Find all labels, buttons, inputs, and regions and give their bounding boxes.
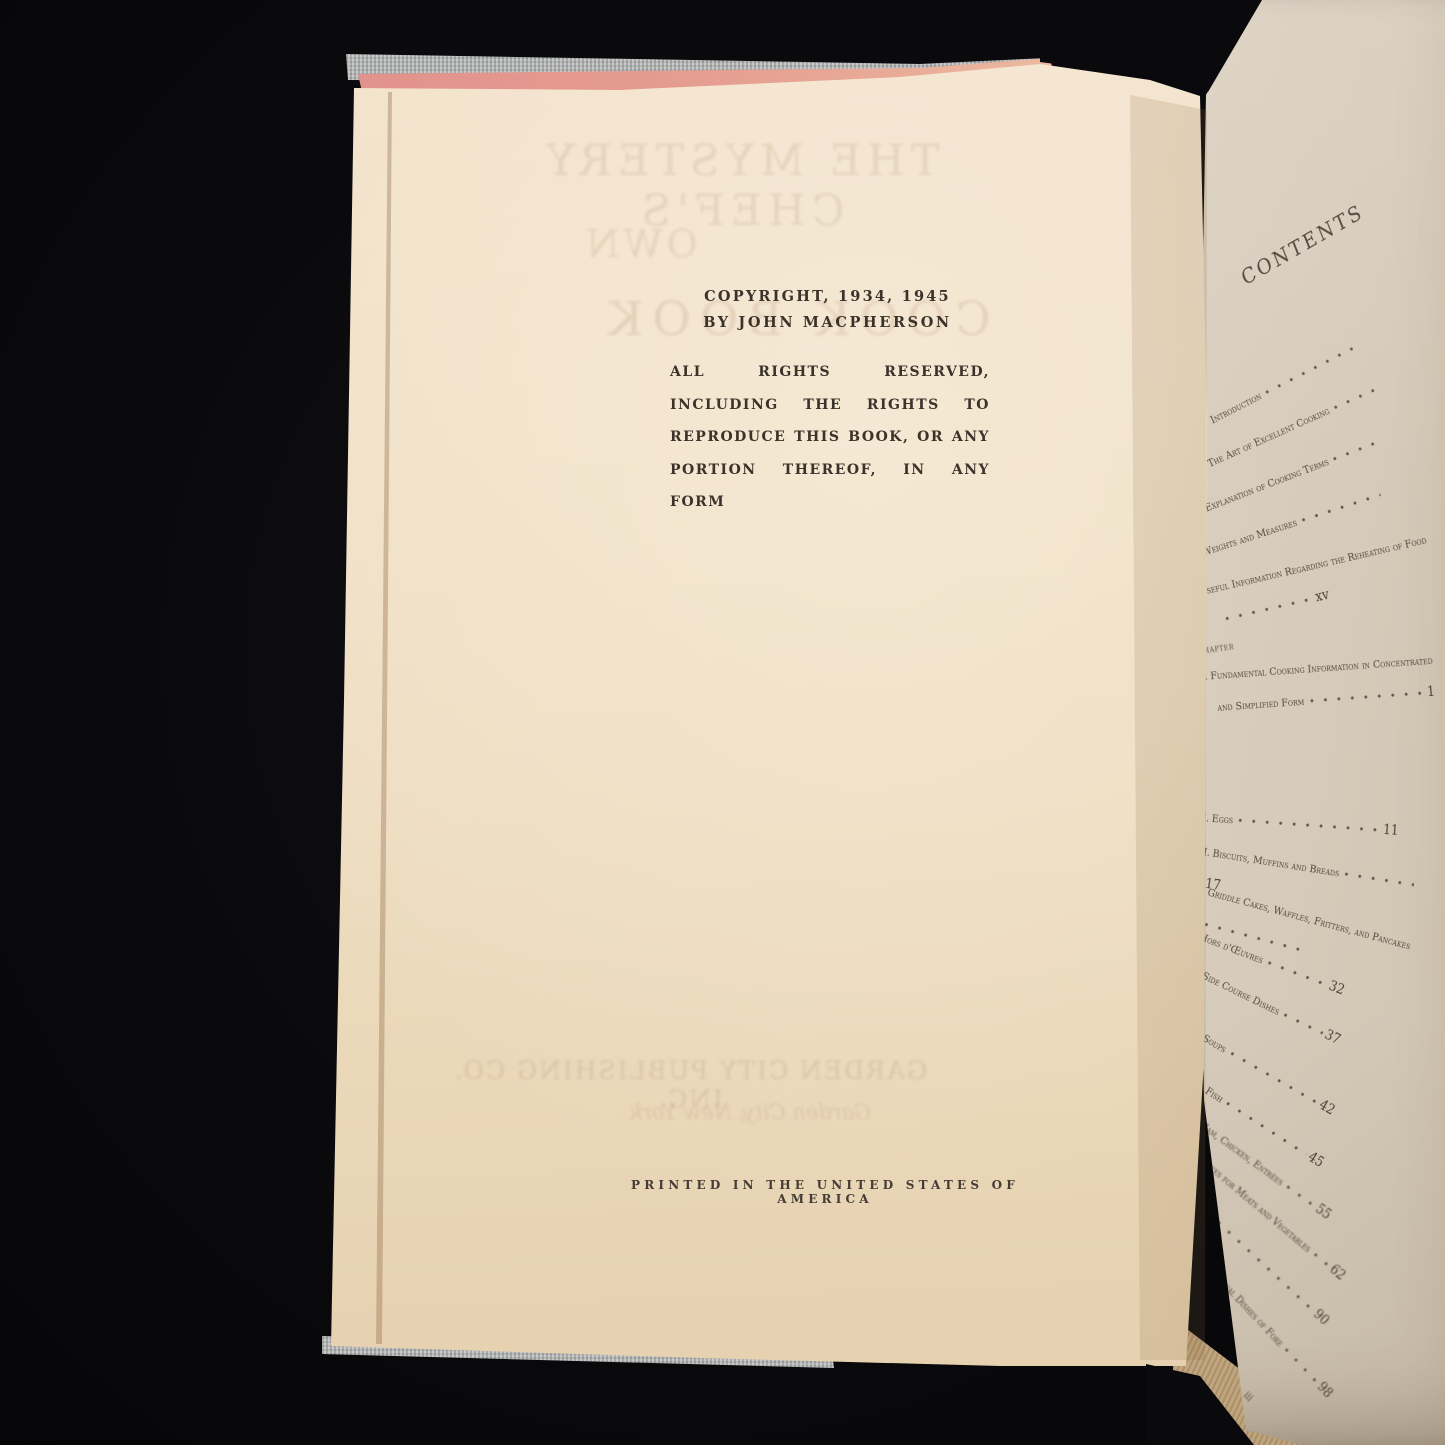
- dot-leader: [1225, 596, 1314, 621]
- rights-reserved-text: ALL RIGHTS RESERVED, INCLUDING THE RIGHT…: [670, 356, 990, 519]
- toc-entry-explanation-of-cooking-terms: Explanation of Cooking Terms: [1199, 411, 1422, 524]
- dot-leader: [1284, 1347, 1320, 1385]
- dot-leader: [1332, 440, 1377, 461]
- toc-entry-chapter-10: X.Sauces for Meats and Vegetables62: [1178, 1135, 1373, 1307]
- ghost-title-line2: OWN: [560, 222, 720, 266]
- printed-in-usa-line: PRINTED IN THE UNITED STATES OF AMERICA: [600, 1178, 1050, 1206]
- dot-leader: [1344, 871, 1414, 887]
- toc-entry-chapter-2: II.Eggs11: [1198, 800, 1426, 850]
- ghost-title-line1: THE MYSTERY CHEF'S: [430, 136, 1050, 236]
- toc-entry-chapter-7: VII.Soups42: [1178, 1012, 1391, 1155]
- toc-entry-chapter-1: I.Fundamental Cooking Information in Con…: [1200, 647, 1441, 725]
- dot-leader: [1225, 1101, 1308, 1157]
- dot-leader: [1283, 1012, 1324, 1035]
- toc-entry-useful-information: Useful Information Regarding the Reheati…: [1196, 527, 1439, 639]
- toc-entry-chapter-5: V.Hors d'Œuvres32: [1184, 916, 1407, 1029]
- dot-leader: [1333, 387, 1378, 411]
- toc-entry-chapter-3: III.Biscuits, Muffins and Breads17: [1188, 838, 1421, 934]
- dot-leader: [1267, 960, 1328, 987]
- dot-leader: [1264, 341, 1362, 394]
- dot-leader: [1196, 1201, 1315, 1312]
- contents-heading: CONTENTS: [1238, 168, 1420, 290]
- contents-folio: iii: [1241, 1390, 1255, 1404]
- dot-leader: [1238, 818, 1380, 833]
- toc-entry-art-of-excellent-cooking: The Art of Excellent Cooking: [1201, 356, 1421, 479]
- ghost-publisher-line2: Garden City, New York: [590, 1100, 910, 1124]
- toc-entry-chapter-6: VI.Side Course Dishes37: [1181, 952, 1399, 1082]
- toc-entry-chapter-4: IV.Griddle Cakes, Waffles, Fritters, and…: [1181, 876, 1421, 995]
- dot-leader: [1229, 1050, 1319, 1105]
- toc-entry-introduction: Introduction: [1203, 302, 1420, 435]
- book-photo: CONTENTS Introduction The Art of Excelle…: [0, 0, 1445, 1445]
- dot-leader: [1285, 1184, 1316, 1208]
- copyright-line: COPYRIGHT, 1934, 1945: [640, 288, 1015, 305]
- copyright-author-line: BY JOHN MACPHERSON: [640, 314, 1015, 331]
- dot-leader: [1309, 690, 1424, 703]
- toc-entry-chapter-8: VIII.Fish45: [1177, 1062, 1385, 1214]
- toc-entry-chapter-11: 90: [1181, 1185, 1370, 1364]
- toc-entry-weights-and-measures: Weights and Measures: [1197, 466, 1422, 569]
- toc-entry-chapter-9: IX.Ham, Chicken, Entrées55: [1178, 1100, 1381, 1261]
- dot-leader: [1312, 1252, 1330, 1269]
- dot-leader: [1301, 492, 1381, 522]
- dot-leader: [1204, 921, 1303, 952]
